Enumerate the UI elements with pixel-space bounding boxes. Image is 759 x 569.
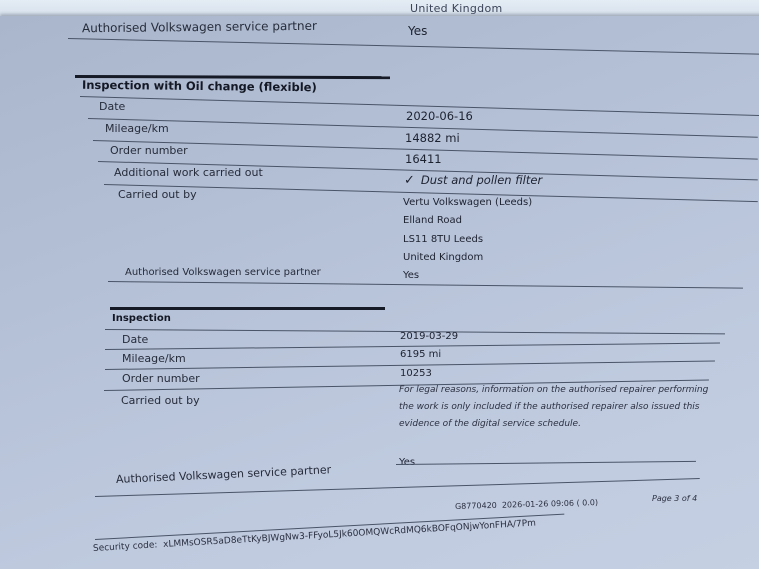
order-number-label: Order number xyxy=(122,372,200,385)
section-title-oil-change: Inspection with Oil change (flexible) xyxy=(82,78,317,94)
previous-country: United Kingdom xyxy=(410,2,503,15)
print-timestamp: 2026-01-26 09:06 ( 0.0) xyxy=(502,498,598,510)
authorised-partner-value: Yes xyxy=(399,457,415,468)
additional-work-label: Additional work carried out xyxy=(114,166,263,179)
authorised-partner-label: Authorised Volkswagen service partner xyxy=(125,267,321,278)
divider xyxy=(68,38,759,55)
mileage-label: Mileage/km xyxy=(122,352,186,365)
legal-notice: For legal reasons, information on the au… xyxy=(399,382,709,433)
document-ref-code: G8770420 xyxy=(455,501,497,511)
mileage-label: Mileage/km xyxy=(105,122,169,135)
checkmark-icon: ✓ xyxy=(404,173,415,188)
order-number-value: 10253 xyxy=(400,368,432,379)
dealer-street: Elland Road xyxy=(403,215,462,226)
prev-authorised-value: Yes xyxy=(408,24,427,38)
page-number: Page 3 of 4 xyxy=(652,494,697,503)
service-schedule-page: Authorised Volkswagen service partner Ye… xyxy=(0,16,759,569)
mileage-value: 14882 mi xyxy=(405,131,460,145)
mileage-value: 6195 mi xyxy=(400,349,441,360)
security-code-label: Security code: xyxy=(93,540,158,554)
divider xyxy=(396,461,696,465)
order-number-value: 16411 xyxy=(405,152,442,166)
carried-out-by-label: Carried out by xyxy=(118,188,197,201)
dealer-name: Vertu Volkswagen (Leeds) xyxy=(403,197,532,208)
divider xyxy=(108,281,743,289)
date-label: Date xyxy=(122,333,148,346)
dealer-country: United Kingdom xyxy=(403,252,483,263)
date-label: Date xyxy=(99,100,125,113)
order-number-label: Order number xyxy=(110,144,188,157)
additional-work-text: Dust and pollen filter xyxy=(421,173,542,187)
dealer-postcode-city: LS11 8TU Leeds xyxy=(403,234,483,245)
document-reference: G8770420 2026-01-26 09:06 ( 0.0) xyxy=(455,498,598,511)
carried-out-by-label: Carried out by xyxy=(121,394,200,407)
security-code-value: xLMMsOSR5aD8eTtKyBJWgNw3-FFyoL5Jk60OMQWc… xyxy=(163,518,536,549)
authorised-partner-label: Authorised Volkswagen service partner xyxy=(116,463,332,486)
authorised-partner-value: Yes xyxy=(403,270,419,281)
date-value: 2020-06-16 xyxy=(406,109,473,123)
additional-work-value: ✓Dust and pollen filter xyxy=(404,173,542,188)
date-value: 2019-03-29 xyxy=(400,331,458,342)
section-title-inspection: Inspection xyxy=(112,313,171,324)
section-bar xyxy=(110,307,385,310)
prev-authorised-label: Authorised Volkswagen service partner xyxy=(82,19,317,35)
